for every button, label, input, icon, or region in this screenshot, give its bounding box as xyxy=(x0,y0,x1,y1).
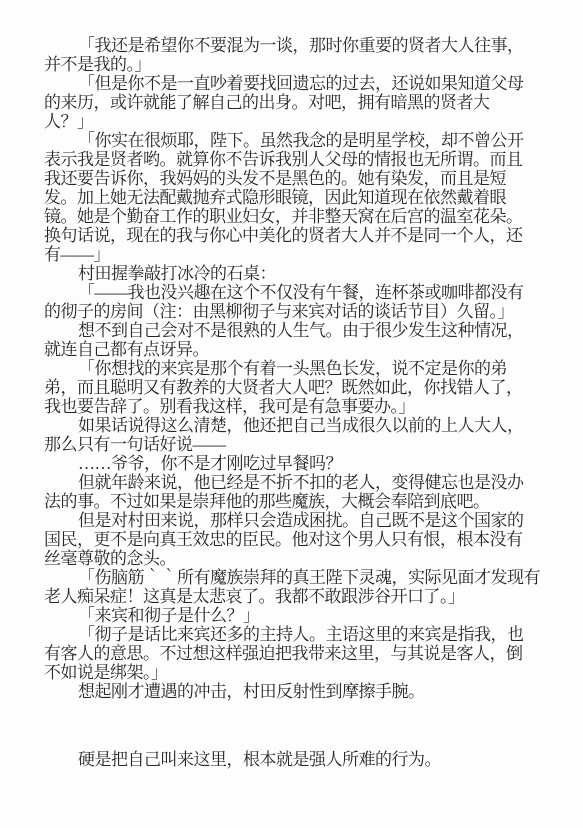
text-line: 村田握拳敲打冰冷的石桌： xyxy=(44,264,546,283)
text-line: 人？」 xyxy=(44,112,546,131)
text-line: 的来历，或许就能了解自己的出身。对吧，拥有暗黑的贤者大 xyxy=(44,93,546,112)
text-line: ……爷爷，你不是才刚吃过早餐吗？ xyxy=(44,454,546,473)
text-line: 「我还是希望你不要混为一谈，那时你重要的贤者大人往事， xyxy=(44,36,546,55)
scanned-book-page: 「我还是希望你不要混为一谈，那时你重要的贤者大人往事，并不是我的。」「但是你不是… xyxy=(0,0,583,828)
text-line: 有客人的意思。不过想这样强迫把我带来这里，与其说是客人，倒 xyxy=(44,644,546,663)
text-line: 「——我也没兴趣在这个不仅没有午餐，连杯茶或咖啡都没有 xyxy=(44,283,546,302)
text-line: 老人痴呆症！这真是太悲哀了。我都不敢跟涉谷开口了。」 xyxy=(44,587,546,606)
text-line: 那么只有一句话好说—— xyxy=(44,435,546,454)
text-line: 「但是你不是一直吵着要找回遗忘的过去，还说如果知道父母 xyxy=(44,74,546,93)
text-line: 如果话说得这么清楚，他还把自己当成很久以前的上人大人， xyxy=(44,416,546,435)
text-line: 「你实在很烦耶，陛下。虽然我念的是明星学校，却不曾公开 xyxy=(44,131,546,150)
text-line: 发。加上她无法配戴抛弃式隐形眼镜，因此知道现在依然戴着眼 xyxy=(44,188,546,207)
text-line: 但是对村田来说，那样只会造成困扰。自己既不是这个国家的 xyxy=(44,511,546,530)
text-line: 换句话说，现在的我与你心中美化的贤者大人并不是同一个人，还 xyxy=(44,226,546,245)
text-line: 硬是把自己叫来这里，根本就是强人所难的行为。 xyxy=(44,750,546,769)
text-line: 就连自己都有点讶异。 xyxy=(44,340,546,359)
text-line: 表示我是贤者哟。就算你不告诉我别人父母的情报也无所谓。而且 xyxy=(44,150,546,169)
text-line: 「伤脑筋｀｀所有魔族崇拜的真王陛下灵魂，实际见面才发现有 xyxy=(44,568,546,587)
text-line: 想不到自己会对不是很熟的人生气。由于很少发生这种情况， xyxy=(44,321,546,340)
text-line: 的彻子的房间（注：由黑柳彻子与来宾对话的谈话节目）久留。」 xyxy=(44,302,546,321)
text-line: 但就年龄来说，他已经是不折不扣的老人，变得健忘也是没办 xyxy=(44,473,546,492)
text-line: 我还要告诉你，我妈妈的头发不是黑色的。她有染发，而且是短 xyxy=(44,169,546,188)
text-line: 法的事。不过如果是崇拜他的那些魔族，大概会奉陪到底吧。 xyxy=(44,492,546,511)
text-line: 弟，而且聪明又有教养的大贤者大人吧？既然如此，你找错人了， xyxy=(44,378,546,397)
text-line: 国民，更不是向真王效忠的臣民。他对这个男人只有恨，根本没有 xyxy=(44,530,546,549)
text-line: 「你想找的来宾是那个有着一头黑色长发，说不定是你的弟 xyxy=(44,359,546,378)
text-line: 丝毫尊敬的念头。 xyxy=(44,549,546,568)
text-line: 我也要告辞了。别看我这样，我可是有急事要办。」 xyxy=(44,397,546,416)
text-line: 镜。她是个勤奋工作的职业妇女，并非整天窝在后宫的温室花朵。 xyxy=(44,207,546,226)
text-line: 想起刚才遭遇的冲击，村田反射性到摩擦手腕。 xyxy=(44,682,546,701)
text-line: 「来宾和彻子是什么？」 xyxy=(44,606,546,625)
text-line: 有——」 xyxy=(44,245,546,264)
text-line: 「彻子是话比来宾还多的主持人。主语这里的来宾是指我，也 xyxy=(44,625,546,644)
text-line: 不如说是绑架。」 xyxy=(44,663,546,682)
text-body: 「我还是希望你不要混为一谈，那时你重要的贤者大人往事，并不是我的。」「但是你不是… xyxy=(44,36,546,769)
text-line: 并不是我的。」 xyxy=(44,55,546,74)
